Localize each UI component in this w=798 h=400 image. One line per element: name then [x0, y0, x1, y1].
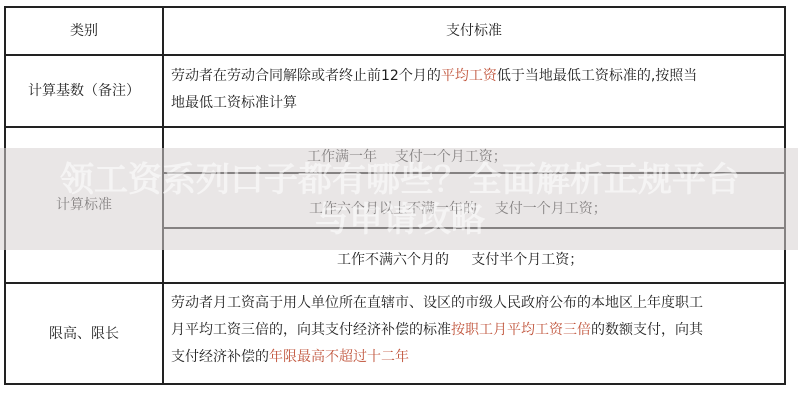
text-line: 月平均工资三倍的，向其支付经济补偿的标准按职工月平均工资三倍的数额支付，向其 — [171, 317, 783, 344]
row-limit-content: 劳动者月工资高于用人单位所在直辖市、设区的市级人民政府公布的本地区上年度职工 月… — [171, 290, 783, 371]
header-category: 类别 — [6, 8, 162, 54]
text-segment: 劳动者在劳动合同解除或者终止前12个月的 — [171, 68, 441, 84]
text-segment: 支付经济补偿的 — [171, 349, 269, 365]
text-segment: 的数额支付，向其 — [591, 322, 703, 338]
row-base-category: 计算基数（备注） — [6, 56, 162, 126]
highlight-text: 按职工月平均工资三倍 — [451, 322, 591, 338]
text-line: 劳动者在劳动合同解除或者终止前12个月的平均工资低于当地最低工资标准的,按照当 — [171, 63, 781, 90]
header-category-label: 类别 — [70, 24, 98, 38]
text-line: 支付经济补偿的年限最高不超过十二年 — [171, 344, 783, 371]
watermark-banner: 领工资系列口子都有哪些？全面解析正规平台 与申请攻略 — [0, 148, 798, 250]
category-label: 限高、限长 — [49, 327, 119, 341]
watermark-title: 领工资系列口子都有哪些？全面解析正规平台 与申请攻略 — [60, 148, 780, 244]
text-segment: 低于当地最低工资标准的,按照当 — [497, 68, 697, 84]
header-standard: 支付标准 — [164, 8, 784, 54]
text-line: 地最低工资标准计算 — [171, 90, 781, 117]
highlight-text: 平均工资 — [441, 68, 497, 84]
row-limit-category: 限高、限长 — [6, 284, 162, 384]
category-label: 计算基数（备注） — [28, 84, 140, 98]
text-segment: 月平均工资三倍的，向其支付经济补偿的标准 — [171, 322, 451, 338]
highlight-text: 年限最高不超过十二年 — [269, 349, 409, 365]
standard-item: 工作不满六个月的 支付半个月工资； — [337, 249, 583, 269]
text-line: 劳动者月工资高于用人单位所在直辖市、设区的市级人民政府公布的本地区上年度职工 — [171, 290, 783, 317]
header-standard-label: 支付标准 — [446, 24, 502, 38]
row-base-content: 劳动者在劳动合同解除或者终止前12个月的平均工资低于当地最低工资标准的,按照当 … — [171, 63, 781, 117]
